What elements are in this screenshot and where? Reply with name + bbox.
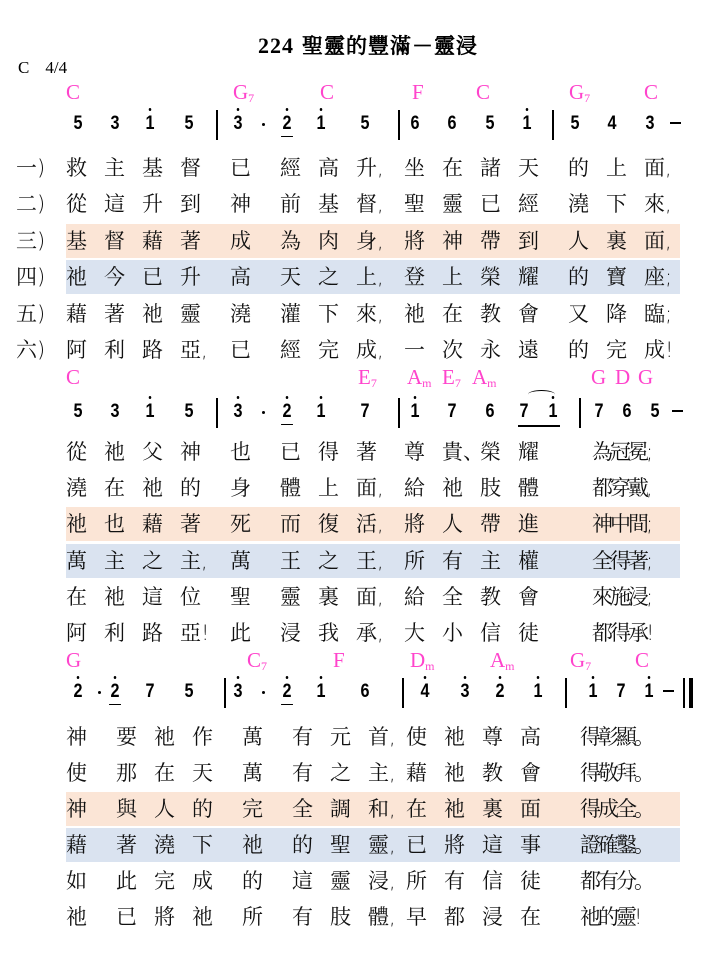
lyric-syllable: 體,	[368, 900, 396, 934]
lyric-line: 從祂父神也已得著尊貴、榮耀為冠冕;	[0, 435, 714, 469]
lyric-syllable: 著	[356, 435, 377, 469]
lyric-syllable: 人	[568, 224, 589, 258]
lyric-syllable: 利	[104, 333, 125, 367]
lyric-syllable: 所	[406, 864, 427, 898]
lyric-syllable: 我	[318, 616, 339, 650]
lyric-syllable: 浸	[280, 616, 301, 650]
lyric-syllable: 亞,	[180, 333, 208, 367]
chord-symbol: E7	[442, 367, 461, 388]
lyric-syllable: 都穿戴,	[592, 471, 650, 505]
barline	[398, 110, 400, 140]
lyric-syllable: 坐	[404, 151, 425, 185]
lyric-syllable: 面,	[644, 224, 672, 258]
lyric-syllable: 祂	[154, 720, 175, 754]
lyric-syllable: 身,	[356, 224, 384, 258]
lyric-syllable: 裏	[318, 580, 339, 614]
lyric-syllable: 祂	[66, 900, 87, 934]
chord-symbol: G7	[570, 650, 591, 671]
lyric-syllable: 一	[404, 333, 425, 367]
lyric-syllable: 完	[154, 864, 175, 898]
lyric-syllable: 下	[318, 297, 339, 331]
lyric-syllable: 將	[404, 507, 425, 541]
note: 5	[649, 402, 661, 421]
lyric-syllable: 在	[104, 471, 125, 505]
lyric-syllable: 登	[404, 260, 425, 294]
lyric-syllable: 基	[318, 187, 339, 221]
chord-symbol: G	[591, 367, 606, 388]
lyric-syllable: 裏	[482, 792, 503, 826]
lyric-syllable: 的	[180, 471, 201, 505]
note: 3	[109, 114, 121, 133]
lyric-syllable: 來,	[356, 297, 384, 331]
note: 1	[547, 402, 559, 421]
chord-symbol: F	[333, 650, 345, 671]
augmentation-dot	[262, 691, 265, 694]
lyric-syllable: 祂	[192, 900, 213, 934]
lyric-syllable: 帶	[480, 224, 501, 258]
note: 2	[494, 682, 506, 701]
verse-number: 二)	[16, 187, 45, 221]
lyric-syllable: 和,	[368, 792, 396, 826]
note: 3	[232, 682, 244, 701]
lyric-syllable: 權	[518, 544, 539, 578]
note: 3	[232, 402, 244, 421]
lyric-syllable: 都	[444, 900, 465, 934]
lyric-line: 神要祂作萬有元首,使祂尊高得彰顯。	[0, 720, 714, 754]
octave-dot	[237, 396, 240, 399]
chord-quality: m	[505, 659, 514, 673]
verse-number: 一)	[16, 151, 45, 185]
octave-dot	[286, 396, 289, 399]
chord-quality: 7	[585, 659, 591, 673]
note: 2	[72, 682, 84, 701]
lyric-syllable: 之	[318, 260, 339, 294]
lyric-syllable: 調	[330, 792, 351, 826]
lyric-syllable: 耀	[518, 435, 539, 469]
lyric-line: 一)救主基督已經高升,坐在諸天的上面,	[0, 151, 714, 185]
note: 7	[593, 402, 605, 421]
lyric-syllable: 給	[404, 471, 425, 505]
lyric-syllable: 升	[142, 187, 163, 221]
lyric-syllable: 祂	[142, 297, 163, 331]
chord-symbol: C	[66, 367, 80, 388]
lyric-syllable: 有	[444, 864, 465, 898]
barline	[398, 398, 400, 428]
lyric-syllable: 督,	[356, 187, 384, 221]
lyric-syllable: 元	[330, 720, 351, 754]
lyric-syllable: 上	[318, 471, 339, 505]
sustain-dash	[663, 690, 674, 692]
chord-symbol: G	[66, 650, 81, 671]
lyric-syllable: 萬	[242, 720, 263, 754]
lyric-syllable: 都有分。	[580, 864, 652, 898]
note: 1	[521, 114, 533, 133]
hymn-title: 224聖靈的豐滿－靈浸	[258, 30, 478, 60]
barline	[224, 678, 226, 708]
chord-quality: 7	[455, 376, 461, 390]
lyric-syllable: 得彰顯。	[580, 720, 652, 754]
note: 7	[446, 402, 458, 421]
lyric-syllable: 在	[406, 792, 427, 826]
lyric-syllable: 澆	[230, 297, 251, 331]
lyric-syllable: 浸	[482, 900, 503, 934]
chord-symbol: Am	[407, 367, 432, 388]
augmentation-dot	[98, 691, 101, 694]
lyric-syllable: 上,	[356, 260, 384, 294]
lyric-syllable: 王,	[356, 544, 384, 578]
lyric-syllable: 小	[442, 616, 463, 650]
lyric-line: 祂已將祂所有肢體,早都浸在祂的靈!	[0, 900, 714, 934]
lyric-syllable: 貴、	[442, 435, 484, 469]
lyric-syllable: 成!	[644, 333, 673, 367]
lyric-syllable: 所	[242, 900, 263, 934]
lyric-syllable: 上	[442, 260, 463, 294]
lyric-syllable: 祂	[242, 828, 263, 862]
lyric-syllable: 給	[404, 580, 425, 614]
lyric-syllable: 已	[230, 151, 251, 185]
lyric-syllable: 位	[180, 580, 201, 614]
lyric-syllable: 靈	[442, 187, 463, 221]
lyric-syllable: 來施浸;	[592, 580, 650, 614]
beam-underline	[518, 425, 560, 427]
octave-dot	[149, 396, 152, 399]
lyric-syllable: 完	[606, 333, 627, 367]
lyric-syllable: 高	[230, 260, 251, 294]
chord-symbol: C	[66, 82, 80, 103]
lyric-syllable: 得	[318, 435, 339, 469]
lyric-syllable: 將	[444, 828, 465, 862]
lyric-line: 四)祂今已升高天之上,登上榮耀的寶座;	[0, 260, 714, 294]
note: 5	[72, 402, 84, 421]
lyric-syllable: 有	[292, 756, 313, 790]
lyric-syllable: 成,	[356, 333, 384, 367]
octave-dot	[286, 108, 289, 111]
chord-quality: m	[425, 659, 434, 673]
sustain-dash	[670, 122, 681, 124]
tie-slur	[528, 390, 555, 399]
lyric-syllable: 天	[518, 151, 539, 185]
lyric-syllable: 主,	[180, 544, 208, 578]
octave-dot	[464, 676, 467, 679]
lyric-syllable: 著	[180, 507, 201, 541]
chord-symbol: G7	[569, 82, 590, 103]
note: 5	[183, 114, 195, 133]
lyric-syllable: 灌	[280, 297, 301, 331]
lyric-syllable: 祂	[442, 471, 463, 505]
lyric-syllable: 此	[230, 616, 251, 650]
note: 5	[183, 682, 195, 701]
chord-quality: m	[487, 376, 496, 390]
key-signature: C4/4	[18, 58, 67, 78]
lyric-syllable: 如	[66, 864, 87, 898]
lyric-line: 藉著澆下祂的聖靈,已將這事證確鑿。	[0, 828, 714, 862]
lyric-syllable: 祂	[66, 507, 87, 541]
lyric-syllable: 體	[280, 471, 301, 505]
lyric-syllable: 在	[520, 900, 541, 934]
lyric-syllable: 將	[404, 224, 425, 258]
lyric-syllable: 的	[568, 333, 589, 367]
note: 5	[183, 402, 195, 421]
note: 4	[606, 114, 618, 133]
lyric-syllable: 體	[518, 471, 539, 505]
final-barline	[683, 678, 685, 708]
lyric-syllable: 神	[442, 224, 463, 258]
chord-symbol: Dm	[410, 650, 435, 671]
lyric-syllable: 督	[180, 151, 201, 185]
hymn-name: 聖靈的豐滿－靈浸	[302, 34, 478, 58]
octave-dot	[286, 676, 289, 679]
lyric-syllable: 救	[66, 151, 87, 185]
lyric-syllable: 祂	[404, 297, 425, 331]
lyric-syllable: 得成全。	[580, 792, 652, 826]
lyric-syllable: 萬	[230, 544, 251, 578]
chord-symbol: C7	[247, 650, 267, 671]
lyric-syllable: 祂	[142, 471, 163, 505]
lyric-line: 澆在祂的身體上面,給祂肢體都穿戴,	[0, 471, 714, 505]
chord-quality: 7	[371, 376, 377, 390]
lyric-syllable: 高	[318, 151, 339, 185]
lyric-syllable: 已	[480, 187, 501, 221]
lyric-syllable: 祂	[66, 260, 87, 294]
lyric-syllable: 使	[66, 756, 87, 790]
lyric-syllable: 升	[180, 260, 201, 294]
lyric-syllable: 阿	[66, 333, 87, 367]
lyric-syllable: 澆	[66, 471, 87, 505]
time-signature: 4/4	[45, 58, 67, 77]
lyric-syllable: 已	[230, 333, 251, 367]
lyric-syllable: 的	[292, 828, 313, 862]
lyric-syllable: 澆	[154, 828, 175, 862]
lyric-syllable: 此	[116, 864, 137, 898]
octave-dot	[114, 676, 117, 679]
lyric-syllable: 早	[406, 900, 427, 934]
lyric-syllable: 路	[142, 616, 163, 650]
lyric-syllable: 要	[116, 720, 137, 754]
lyric-syllable: 面,	[356, 471, 384, 505]
lyric-syllable: 祂的靈!	[580, 900, 639, 934]
lyric-syllable: 聖	[330, 828, 351, 862]
lyric-syllable: 從	[66, 435, 87, 469]
lyric-syllable: 寶	[606, 260, 627, 294]
lyric-syllable: 靈	[330, 864, 351, 898]
lyric-syllable: 主	[104, 151, 125, 185]
lyric-syllable: 會	[520, 756, 541, 790]
lyric-syllable: 督	[104, 224, 125, 258]
lyric-syllable: 經	[280, 151, 301, 185]
note: 5	[72, 114, 84, 133]
chord-symbol: Am	[490, 650, 515, 671]
lyric-syllable: 澆	[568, 187, 589, 221]
lyric-syllable: 下	[606, 187, 627, 221]
lyric-syllable: 榮	[480, 260, 501, 294]
lyric-syllable: 這	[142, 580, 163, 614]
lyric-syllable: 又	[568, 297, 589, 331]
lyric-syllable: 榮	[480, 435, 501, 469]
octave-dot	[592, 676, 595, 679]
chord-symbol: C	[320, 82, 334, 103]
lyric-syllable: 王	[280, 544, 301, 578]
lyric-syllable: 肢	[480, 471, 501, 505]
barline	[579, 398, 581, 428]
augmentation-dot	[262, 123, 265, 126]
note: 6	[484, 402, 496, 421]
lyric-syllable: 教	[480, 297, 501, 331]
lyric-syllable: 有	[292, 900, 313, 934]
final-barline	[689, 678, 693, 708]
lyric-syllable: 基	[142, 151, 163, 185]
lyric-syllable: 神	[230, 187, 251, 221]
lyric-syllable: 已	[280, 435, 301, 469]
chord-symbol: D	[615, 367, 630, 388]
note: 3	[109, 402, 121, 421]
lyric-syllable: 將	[154, 900, 175, 934]
lyric-syllable: 靈	[280, 580, 301, 614]
lyric-syllable: 著	[180, 224, 201, 258]
lyric-syllable: 大	[404, 616, 425, 650]
augmentation-dot	[262, 411, 265, 414]
lyric-syllable: 為	[280, 224, 301, 258]
lyric-syllable: 承,	[356, 616, 384, 650]
lyric-syllable: 父	[142, 435, 163, 469]
lyric-syllable: 藉	[406, 756, 427, 790]
lyric-syllable: 人	[154, 792, 175, 826]
note: 1	[315, 114, 327, 133]
lyric-syllable: 基	[66, 224, 87, 258]
lyric-syllable: 那	[116, 756, 137, 790]
lyric-syllable: 神	[66, 720, 87, 754]
lyric-syllable: 裏	[606, 224, 627, 258]
lyric-syllable: 首,	[368, 720, 396, 754]
chord-symbol: G	[638, 367, 653, 388]
note: 7	[518, 402, 530, 421]
octave-dot	[526, 108, 529, 111]
lyric-syllable: 浸,	[368, 864, 396, 898]
note: 6	[359, 682, 371, 701]
lyric-syllable: 活,	[356, 507, 384, 541]
lyric-syllable: 完	[318, 333, 339, 367]
octave-dot	[320, 676, 323, 679]
lyric-syllable: 藉	[142, 507, 163, 541]
lyric-syllable: 經	[518, 187, 539, 221]
octave-dot	[499, 676, 502, 679]
lyric-line: 阿利路亞!此浸我承,大小信徒都得承!	[0, 616, 714, 650]
note: 3	[232, 114, 244, 133]
lyric-syllable: 的	[568, 151, 589, 185]
lyric-syllable: 這	[292, 864, 313, 898]
lyric-syllable: 靈	[180, 297, 201, 331]
note: 7	[359, 402, 371, 421]
lyric-line: 六)阿利路亞,已經完成,一次永遠的完成!	[0, 333, 714, 367]
octave-dot	[237, 676, 240, 679]
lyric-syllable: 萬	[242, 756, 263, 790]
verse-number: 三)	[16, 224, 45, 258]
note: 2	[281, 682, 293, 701]
lyric-syllable: 靈,	[368, 828, 396, 862]
lyric-syllable: 得敬拜。	[580, 756, 652, 790]
lyric-syllable: 事	[520, 828, 541, 862]
lyric-syllable: 都得承!	[592, 616, 651, 650]
lyric-syllable: 這	[104, 187, 125, 221]
chord-quality: 7	[584, 91, 590, 105]
sustain-dash	[672, 410, 683, 412]
octave-dot	[320, 396, 323, 399]
lyric-syllable: 阿	[66, 616, 87, 650]
lyric-syllable: 神	[180, 435, 201, 469]
lyric-syllable: 主	[480, 544, 501, 578]
lyric-syllable: 人	[442, 507, 463, 541]
chord-symbol: C	[644, 82, 658, 103]
octave-dot	[424, 676, 427, 679]
lyric-syllable: 主	[104, 544, 125, 578]
octave-dot	[77, 676, 80, 679]
lyric-syllable: 從	[66, 187, 87, 221]
lyric-syllable: 祂	[444, 792, 465, 826]
chord-symbol: Am	[472, 367, 497, 388]
lyric-syllable: 上	[606, 151, 627, 185]
note: 6	[446, 114, 458, 133]
lyric-syllable: 徒	[518, 616, 539, 650]
octave-dot	[149, 108, 152, 111]
lyric-syllable: 完	[242, 792, 263, 826]
lyric-syllable: 已	[116, 900, 137, 934]
lyric-syllable: 聖	[230, 580, 251, 614]
lyric-line: 萬主之主,萬王之王,所有主權全得著;	[0, 544, 714, 578]
lyric-syllable: 亞!	[180, 616, 209, 650]
lyric-syllable: 而	[280, 507, 301, 541]
lyric-syllable: 面,	[644, 151, 672, 185]
lyric-syllable: 身	[230, 471, 251, 505]
verse-number: 六)	[16, 333, 45, 367]
octave-dot	[320, 108, 323, 111]
chord-symbol: G7	[233, 82, 254, 103]
note: 5	[484, 114, 496, 133]
lyric-syllable: 復	[318, 507, 339, 541]
lyric-syllable: 有	[292, 720, 313, 754]
lyric-syllable: 教	[480, 580, 501, 614]
note: 3	[644, 114, 656, 133]
lyric-syllable: 藉	[66, 828, 87, 862]
lyric-syllable: 肢	[330, 900, 351, 934]
octave-dot	[537, 676, 540, 679]
lyric-line: 祂也藉著死而復活,將人帶進神中間;	[0, 507, 714, 541]
lyric-syllable: 證確鑿。	[580, 828, 652, 862]
lyric-line: 在祂這位聖靈裏面,給全教會來施浸;	[0, 580, 714, 614]
lyric-line: 二)從這升到神前基督,聖靈已經澆下來,	[0, 187, 714, 221]
lyric-syllable: 藉	[66, 297, 87, 331]
lyric-syllable: 臨;	[644, 297, 672, 331]
lyric-syllable: 全得著;	[592, 544, 650, 578]
note: 1	[532, 682, 544, 701]
chord-symbol: C	[635, 650, 649, 671]
lyric-syllable: 全	[292, 792, 313, 826]
lyric-syllable: 作	[192, 720, 213, 754]
lyric-syllable: 在	[442, 151, 463, 185]
lyric-syllable: 著	[116, 828, 137, 862]
lyric-syllable: 神中間;	[592, 507, 650, 541]
note: 2	[281, 402, 293, 421]
lyric-syllable: 永	[480, 333, 501, 367]
lyric-syllable: 下	[192, 828, 213, 862]
note: 1	[144, 114, 156, 133]
lyric-syllable: 路	[142, 333, 163, 367]
lyric-syllable: 有	[442, 544, 463, 578]
barline	[216, 398, 218, 428]
verse-number: 五)	[16, 297, 45, 331]
note: 1	[315, 682, 327, 701]
lyric-syllable: 肉	[318, 224, 339, 258]
lyric-syllable: 降	[606, 297, 627, 331]
lyric-syllable: 經	[280, 333, 301, 367]
